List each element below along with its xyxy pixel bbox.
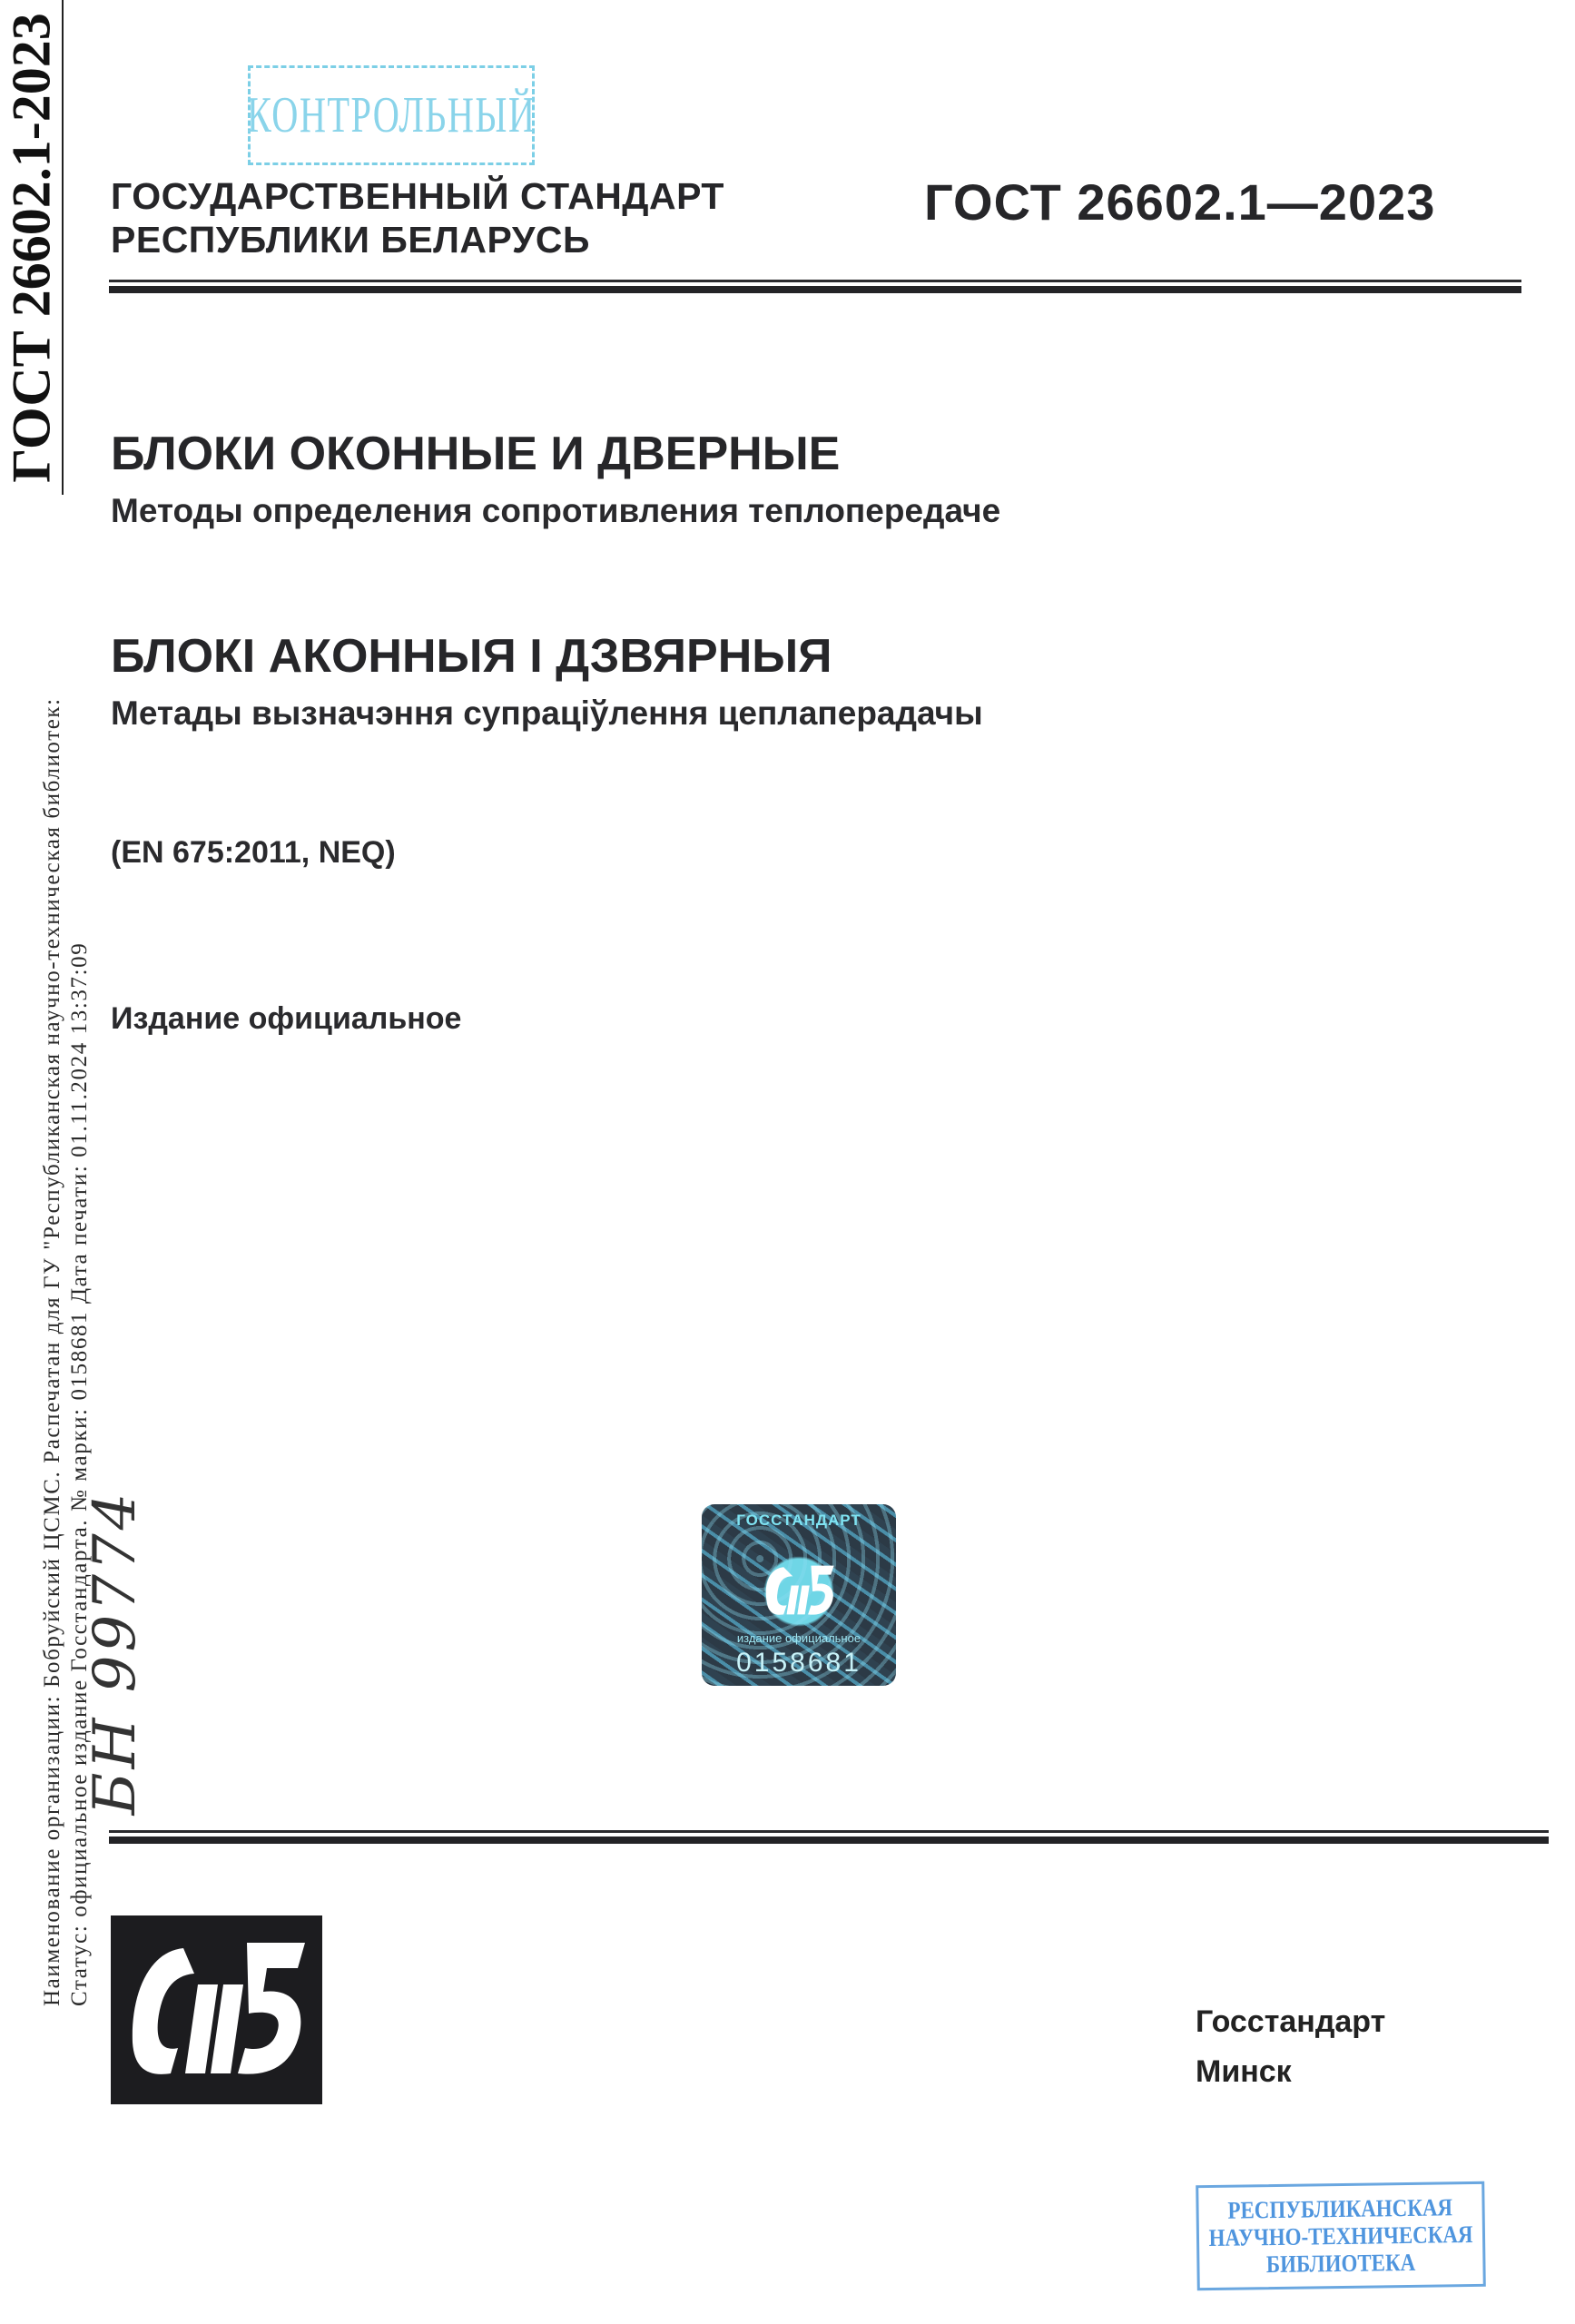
title-russian: БЛОКИ ОКОННЫЕ И ДВЕРНЫЕ Методы определен…	[111, 427, 1000, 530]
title-ru-main: БЛОКИ ОКОННЫЕ И ДВЕРНЫЕ	[111, 427, 1000, 481]
library-stamp-line-3: БИБЛИОТЕКА	[1266, 2249, 1416, 2278]
control-stamp: КОНТРОЛЬНЫЙ	[248, 65, 535, 165]
library-stamp: РЕСПУБЛИКАНСКАЯ НАУЧНО-ТЕХНИЧЕСКАЯ БИБЛИ…	[1196, 2181, 1486, 2290]
title-belarusian: БЛОКІ АКОННЫЯ І ДЗВЯРНЫЯ Метады вызначэн…	[111, 629, 983, 733]
publisher-city: Минск	[1196, 2047, 1385, 2097]
issuing-organization: ГОСУДАРСТВЕННЫЙ СТАНДАРТ РЕСПУБЛИКИ БЕЛА…	[111, 174, 724, 261]
hologram-sticker: ГОССТАНДАРТ издание официальное 0158681	[702, 1504, 896, 1686]
org-line-2: РЕСПУБЛИКИ БЕЛАРУСЬ	[111, 218, 724, 261]
publisher-name: Госстандарт	[1196, 1997, 1385, 2047]
standard-number: ГОСТ 26602.1—2023	[924, 172, 1435, 231]
european-standard-reference: (EN 675:2011, NEQ)	[111, 835, 396, 871]
stb-logo	[111, 1915, 322, 2104]
stb-logo-icon	[761, 1562, 837, 1620]
library-stamp-line-2: НАУЧНО-ТЕХНИЧЕСКАЯ	[1208, 2221, 1472, 2251]
print-metadata-line-1: Наименование организации: Бобруйский ЦСМ…	[40, 697, 65, 2006]
title-by-sub: Метады вызначэння супраціўлення цеплапер…	[111, 694, 983, 733]
org-line-1: ГОСУДАРСТВЕННЫЙ СТАНДАРТ	[111, 174, 724, 218]
handwritten-inventory-note: БН 99774	[84, 1480, 147, 1825]
side-gost-text: ГОСТ 26602.1-2023	[1, 13, 64, 482]
control-stamp-text: КОНТРОЛЬНЫЙ	[247, 86, 536, 144]
publisher: Госстандарт Минск	[1196, 1997, 1385, 2097]
stb-logo-icon	[111, 1915, 322, 2104]
hologram-title: ГОССТАНДАРТ	[702, 1512, 896, 1530]
hologram-edition: издание официальное	[702, 1631, 896, 1645]
hologram-serial: 0158681	[702, 1648, 896, 1679]
edition-label: Издание официальное	[111, 1001, 461, 1037]
handwritten-text: БН 99774	[82, 1490, 149, 1816]
side-gost-number: ГОСТ 26602.1-2023	[2, 0, 64, 495]
header-divider	[109, 280, 1521, 293]
library-stamp-line-1: РЕСПУБЛИКАНСКАЯ	[1228, 2193, 1453, 2223]
print-metadata-line-2: Статус: официальное издание Госстандарта…	[67, 942, 93, 2006]
title-by-main: БЛОКІ АКОННЫЯ І ДЗВЯРНЫЯ	[111, 629, 983, 684]
footer-divider	[109, 1830, 1549, 1844]
title-ru-sub: Методы определения сопротивления теплопе…	[111, 492, 1000, 530]
